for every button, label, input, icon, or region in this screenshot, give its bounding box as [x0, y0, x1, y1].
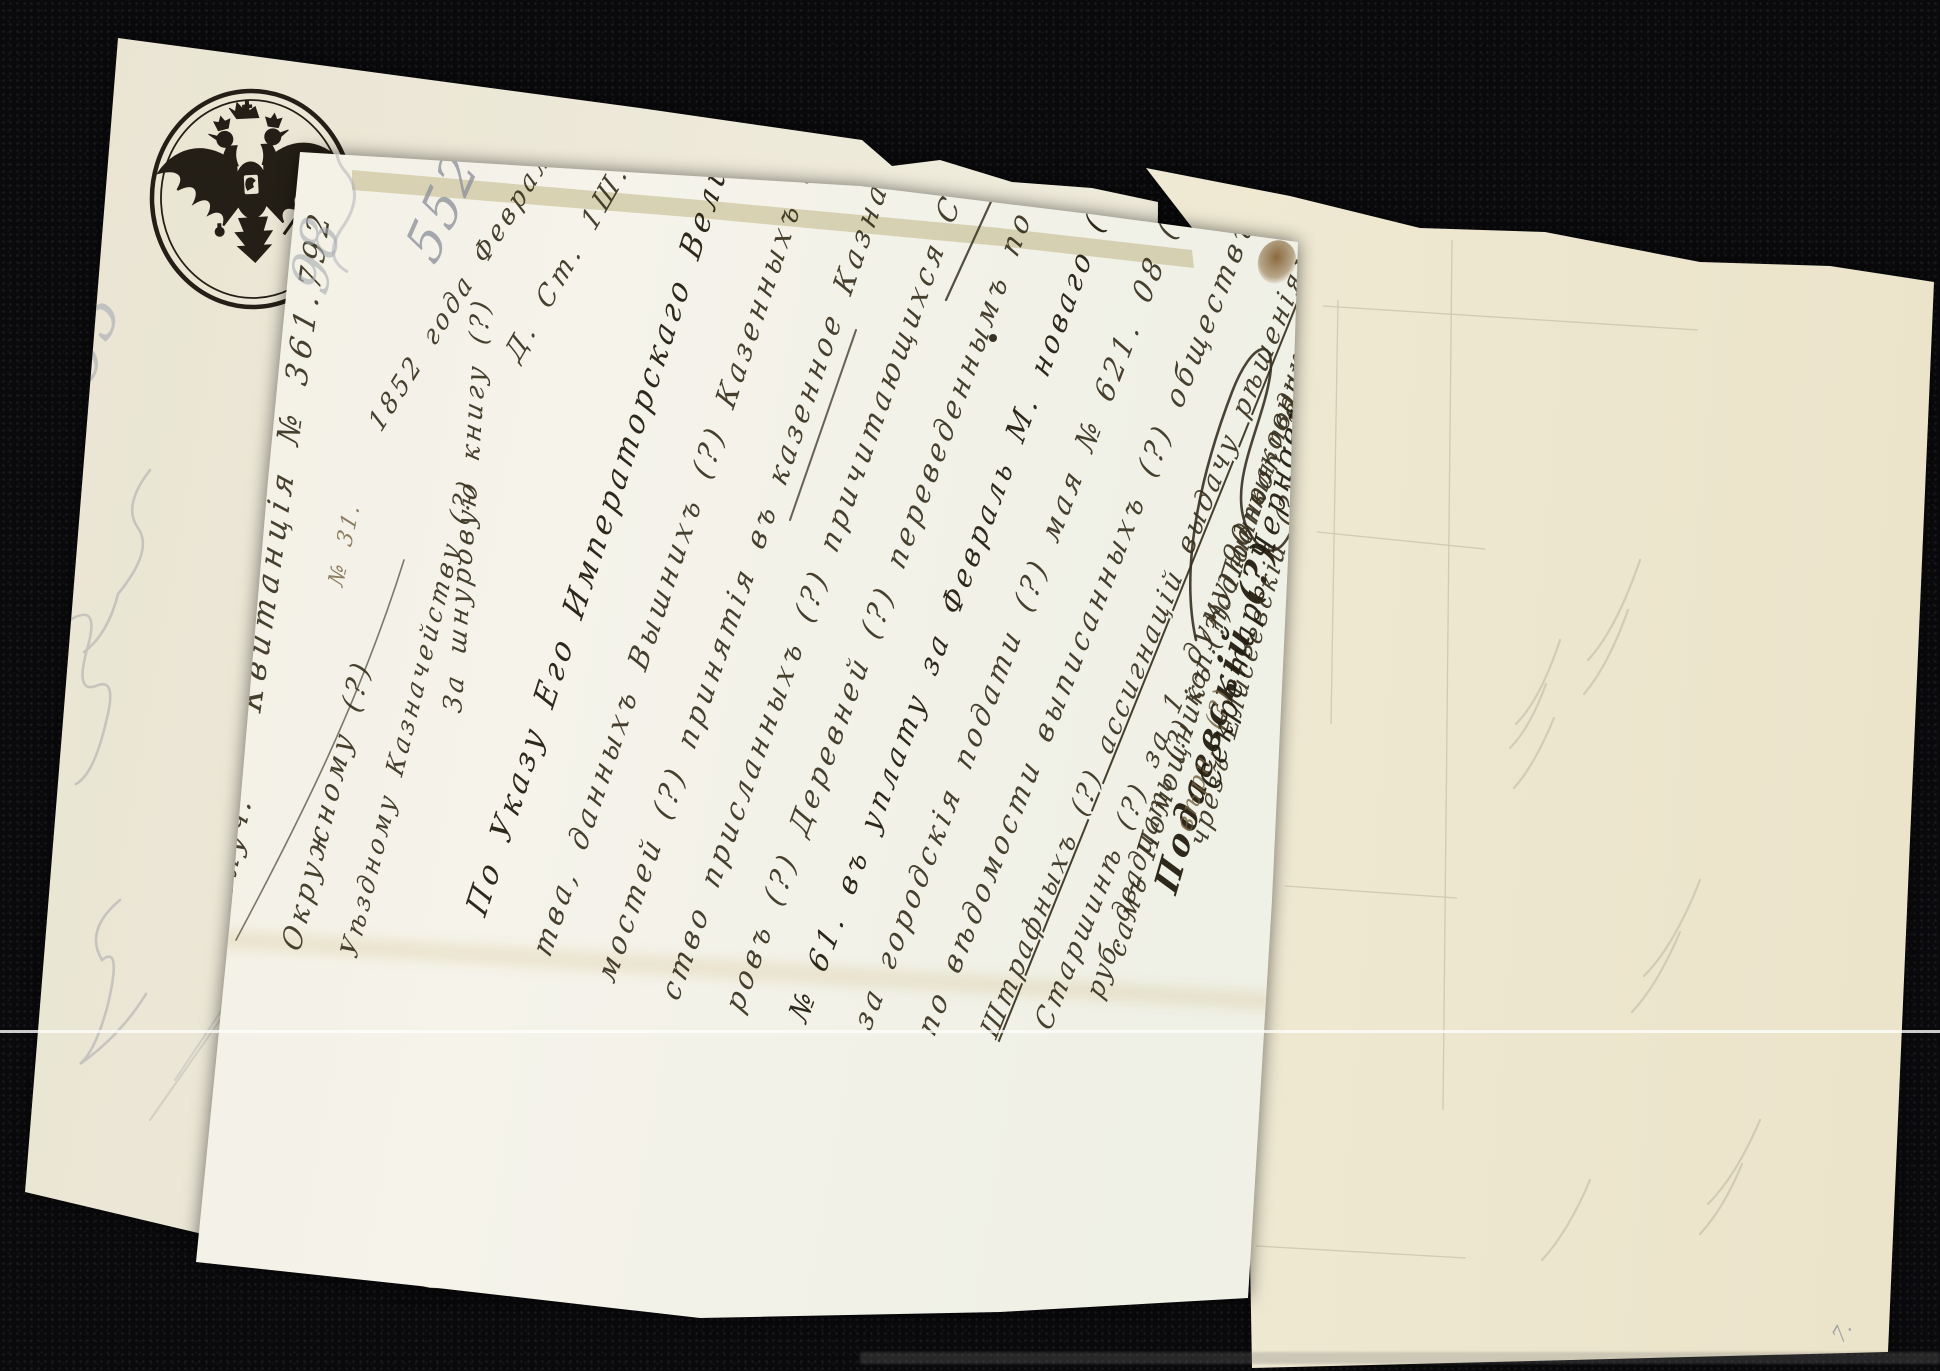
paper-sheet-main: Квитанцiя № 361.792№ 31.За шнуровую книг…	[0, 0, 1940, 1371]
paper-sheet-main-wrap: Квитанцiя № 361.792№ 31.За шнуровую книг…	[0, 0, 1940, 1371]
scan-artifact-line	[0, 1030, 1940, 1033]
photo-canvas: 553	[0, 0, 1940, 1371]
photo-edge-strip	[860, 1352, 1940, 1364]
ink-flourishes	[0, 0, 1940, 1371]
